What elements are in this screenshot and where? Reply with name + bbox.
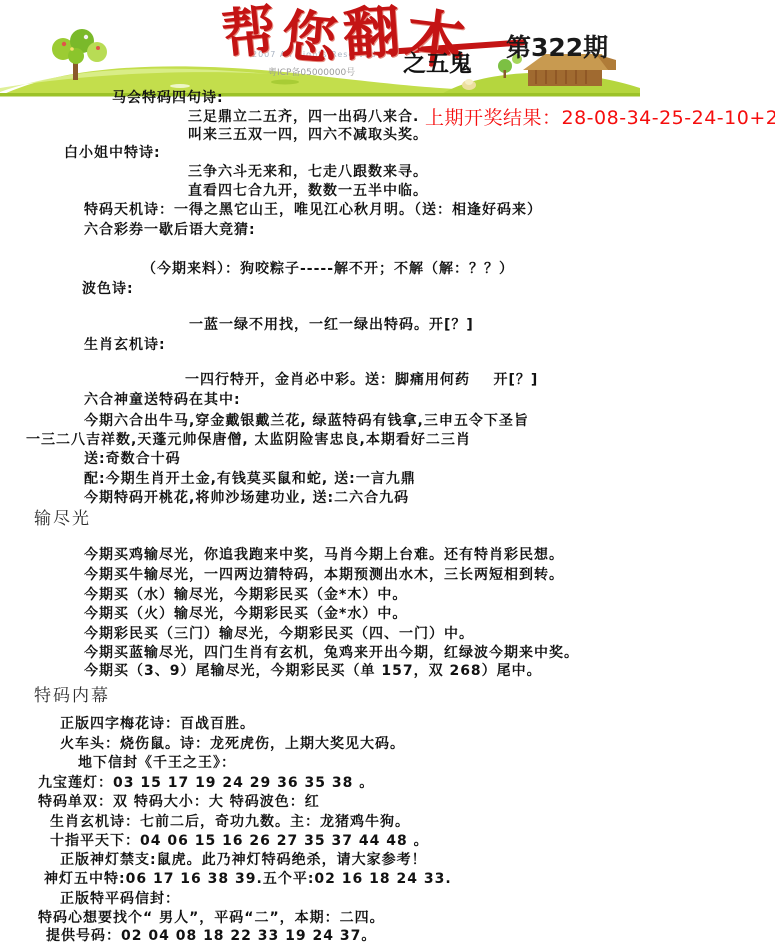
title-char: 帮 [219, 2, 278, 61]
text-line: 一三二八吉祥数,天蓬元帅保唐僧, 太监阴险害忠良,本期看好二三肖 [26, 432, 471, 448]
text-line: 六合彩券一歇后语大竞猜: [84, 222, 256, 238]
text-line: 正版四字梅花诗：百战百胜。 [60, 716, 255, 732]
text-line: 特码单双：双 特码大小：大 特码波色：红 [38, 794, 320, 810]
text-line: 六合神童送特码在其中: [84, 392, 241, 408]
text-line: 今期买牛输尽光，一四两边猜特码，本期预测出水木，三长两短相到转。 [84, 567, 564, 583]
text-line: 配:今期生肖开土金,有钱莫买鼠和蛇, 送:一言九鼎 [84, 471, 416, 487]
text-line: 波色诗: [82, 281, 134, 297]
text-line: 生肖玄机诗：七前二后，奇功九数。主：龙猪鸡牛狗。 [50, 814, 410, 830]
text-line: 叫来三五双一四，四六不减取头奖。 [188, 127, 428, 143]
text-line: （今期来料）：狗咬粽子-----解不开；不解（解：？？） [142, 261, 514, 277]
text-line: 今期买鸡输尽光，你追我跑来中奖，马肖今期上台难。还有特肖彩民想。 [84, 547, 564, 563]
text-line: 三足鼎立二五齐，四一出码八来合. [188, 109, 419, 125]
text-line: 九宝莲灯：03 15 17 19 24 29 36 35 38 。 [38, 775, 374, 791]
text-line: 今期买（火）输尽光，今期彩民买（金*水）中。 [84, 606, 407, 622]
text-line: 今期买（水）输尽光，今期彩民买（金*木）中。 [84, 587, 407, 603]
text-line: 马会特码四句诗: [112, 90, 224, 106]
text-line: 白小姐中特诗: [64, 145, 161, 161]
text-line: 十指平天下：04 06 15 16 26 27 35 37 44 48 。 [50, 833, 429, 849]
text-line: 地下信封《千王之王》： [78, 755, 236, 771]
text-line: 生肖玄机诗: [84, 337, 166, 353]
text-line: 今期彩民买（三门）输尽光，今期彩民买（四、一门）中。 [84, 626, 474, 642]
title-suffix: 之五鬼 [403, 45, 472, 78]
title-char: 您 [279, 8, 340, 69]
content-lines: 马会特码四句诗:三足鼎立二五齐，四一出码八来合.叫来三五双一四，四六不减取头奖。… [0, 0, 775, 942]
text-line: 今期买蓝输尽光，四门生肖有玄机，兔鸡来开出今期，红绿波今期来中奖。 [84, 645, 579, 661]
title-char: 翻 [341, 3, 402, 64]
text-line: 正版特平码信封： [60, 891, 180, 907]
text-line: 正版神灯禁支:鼠虎。此乃神灯特码绝杀，请大家参考！ [60, 852, 427, 868]
text-line: 今期特码开桃花,将帅沙场建功业, 送:二六合九码 [84, 490, 409, 506]
last-draw-result: 上期开奖结果：28-08-34-25-24-10+23 [425, 103, 775, 130]
text-line: 今期买（3、9）尾输尽光，今期彩民买（单 157，双 268）尾中。 [84, 663, 542, 679]
text-line: 神灯五中特:06 17 16 38 39.五个平:02 16 18 24 33. [44, 871, 452, 887]
text-line: 特码内幕 [34, 687, 110, 707]
text-line: 特码天机诗：一得之黑它山王，唯见江心秋月明。（送：相逢好码来） [84, 202, 542, 218]
text-line: 输尽光 [34, 510, 91, 530]
text-line: 直看四七合九开，数数一五半中临。 [188, 183, 428, 199]
text-line: 火车头：烧伤鼠。诗：龙死虎伤，上期大奖见大码。 [60, 736, 405, 752]
text-line: 今期六合出牛马,穿金戴银戴兰花, 绿蓝特码有钱拿,三申五令下圣旨 [84, 413, 529, 429]
issue-number: 第322期 [506, 28, 608, 64]
text-line: 提供号码：02 04 08 18 22 33 19 24 37。 [46, 928, 376, 942]
text-line: 特码心想要找个“ 男人”，平码“二”，本期：二四。 [38, 910, 385, 926]
text-line: 一蓝一绿不用找，一红一绿出特码。开[？] [189, 317, 474, 333]
text-line: 一四行特开，金肖必中彩。送：脚痛用何药 开[？] [185, 372, 538, 388]
text-line: 送:奇数合十码 [84, 451, 181, 467]
text-line: 三争六斗无来和，七走八跟数来寻。 [188, 164, 428, 180]
